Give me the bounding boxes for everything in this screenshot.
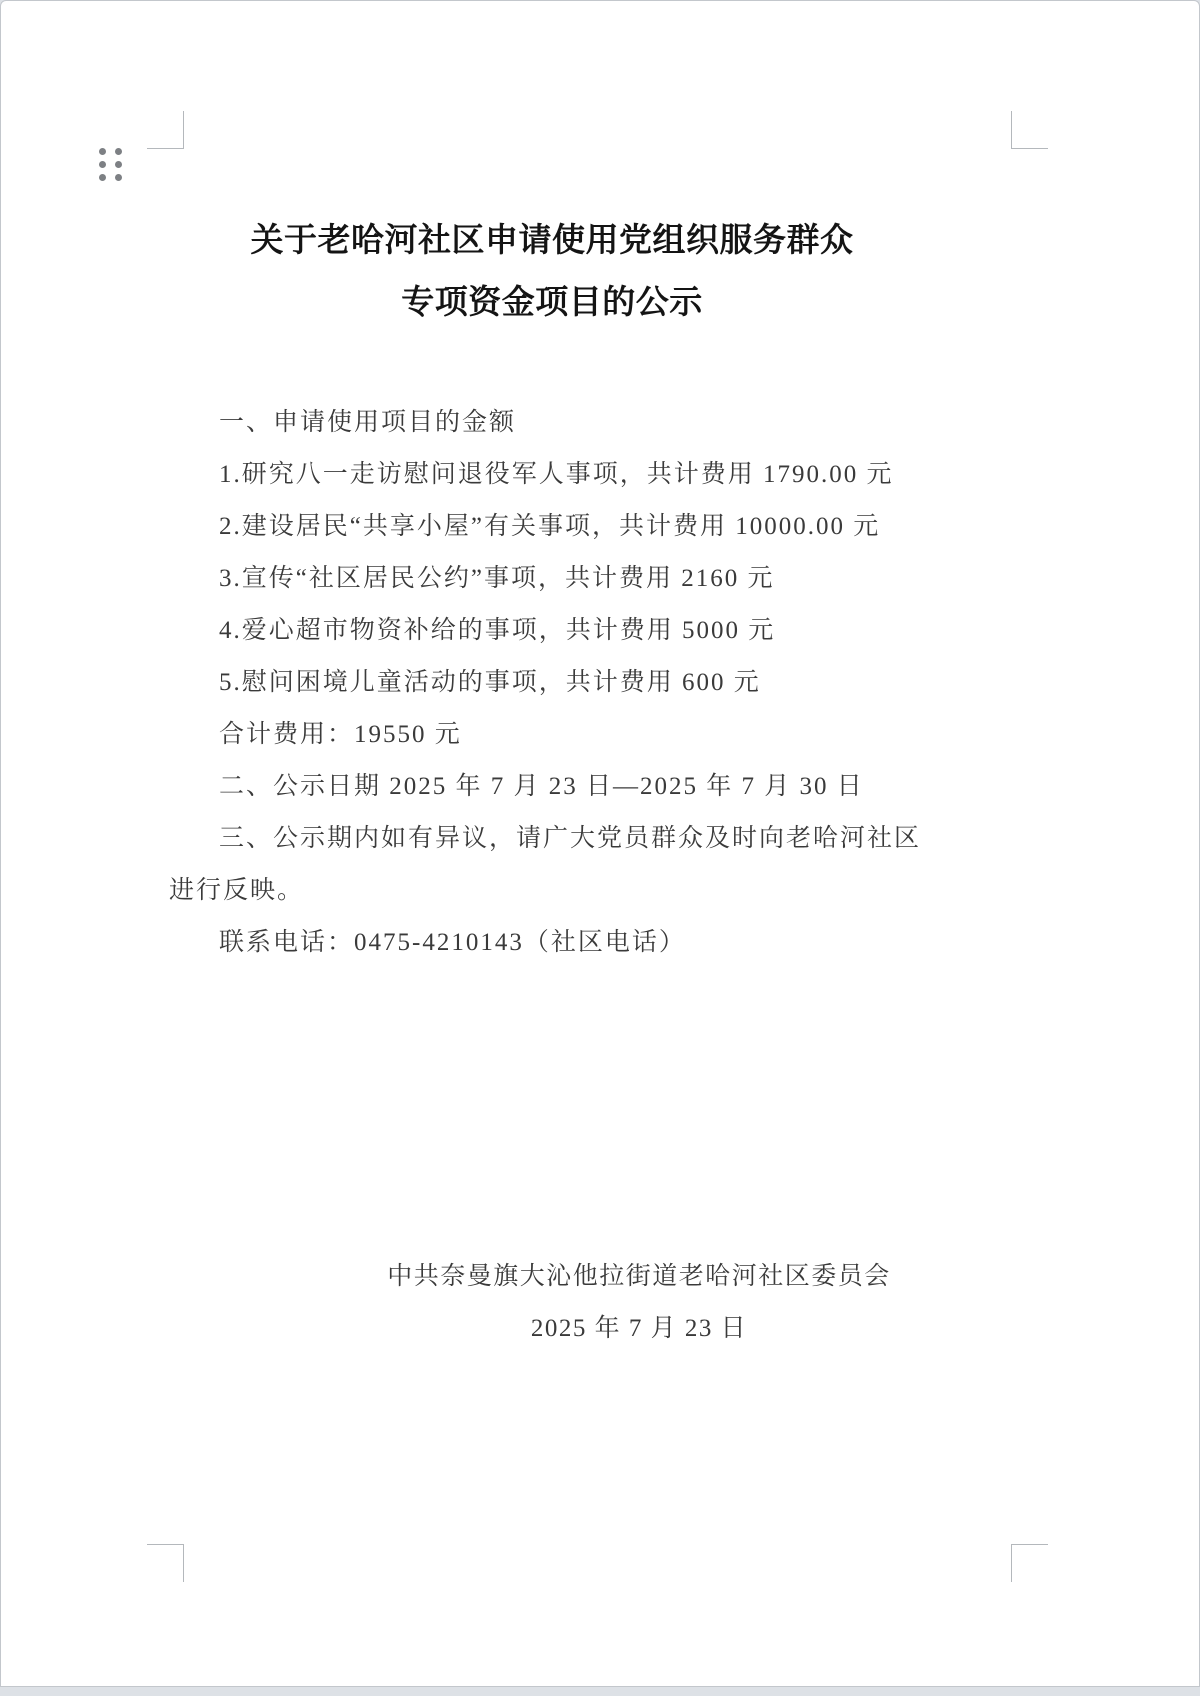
signature-date: 2025 年 7 月 23 日 (359, 1303, 919, 1355)
body-line-section-3: 三、公示期内如有异议，请广大党员群众及时向老哈河社区 (169, 813, 935, 865)
body-line-item-5: 5.慰问困境儿童活动的事项，共计费用 600 元 (169, 657, 935, 709)
body-line-item-2: 2.建设居民“共享小屋”有关事项，共计费用 10000.00 元 (169, 501, 935, 553)
document-title-line-1: 关于老哈河社区申请使用党组织服务群众 (169, 209, 935, 271)
body-line-section-1: 一、申请使用项目的金额 (169, 397, 935, 449)
drag-handle-dot (115, 161, 122, 168)
body-line-section-3-wrap: 进行反映。 (169, 865, 935, 917)
drag-handle-dot (99, 148, 106, 155)
body-line-total: 合计费用：19550 元 (169, 709, 935, 761)
crop-mark-bottom-left (147, 1544, 184, 1582)
body-line-item-4: 4.爱心超市物资补给的事项，共计费用 5000 元 (169, 605, 935, 657)
drag-handle-dot (99, 174, 106, 181)
crop-mark-bottom-right (1011, 1544, 1048, 1582)
document-content: 关于老哈河社区申请使用党组织服务群众 专项资金项目的公示 一、申请使用项目的金额… (169, 1, 935, 1355)
body-line-section-2: 二、公示日期 2025 年 7 月 23 日—2025 年 7 月 30 日 (169, 761, 935, 813)
signature-org: 中共奈曼旗大沁他拉街道老哈河社区委员会 (359, 1251, 919, 1303)
drag-handle-icon[interactable] (99, 148, 122, 181)
document-title-line-2: 专项资金项目的公示 (169, 271, 935, 333)
drag-handle-dot (115, 148, 122, 155)
crop-mark-top-left (147, 111, 184, 149)
drag-handle-dot (99, 161, 106, 168)
body-line-item-1: 1.研究八一走访慰问退役军人事项，共计费用 1790.00 元 (169, 449, 935, 501)
body-line-contact-phone: 联系电话：0475-4210143（社区电话） (169, 917, 935, 969)
document-page: 关于老哈河社区申请使用党组织服务群众 专项资金项目的公示 一、申请使用项目的金额… (0, 0, 1200, 1687)
document-title: 关于老哈河社区申请使用党组织服务群众 专项资金项目的公示 (169, 209, 935, 333)
crop-mark-top-right (1011, 111, 1048, 149)
signature-block: 中共奈曼旗大沁他拉街道老哈河社区委员会 2025 年 7 月 23 日 (359, 1251, 919, 1355)
drag-handle-dot (115, 174, 122, 181)
body-line-item-3: 3.宣传“社区居民公约”事项，共计费用 2160 元 (169, 553, 935, 605)
document-body: 一、申请使用项目的金额 1.研究八一走访慰问退役军人事项，共计费用 1790.0… (169, 397, 935, 969)
